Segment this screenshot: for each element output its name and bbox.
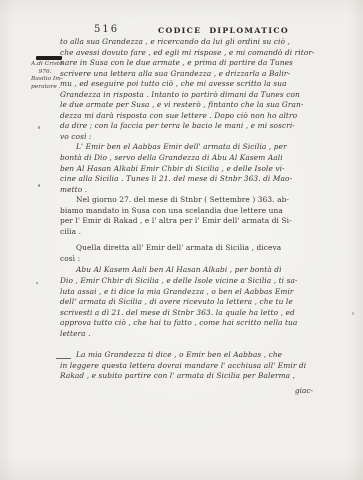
margin-rule bbox=[36, 56, 62, 60]
scan-speck bbox=[352, 312, 354, 315]
paragraph-letter-signature: L' Emir ben el Aabbas Emir dell' armata … bbox=[60, 142, 346, 195]
catchword: giac- bbox=[60, 386, 346, 395]
paragraph-narrative: Quella diretta all' Emir dell' armata di… bbox=[60, 243, 346, 264]
paragraph-narrative: Nel giorno 27. del mese di Stnbr ( Sette… bbox=[60, 195, 346, 237]
page-number: 516 bbox=[94, 24, 119, 35]
paragraph-letter-continuation: to alla sua Grandezza , e ricercando da … bbox=[60, 37, 346, 142]
paragraph-quoted-letter: Abu Al Kasem Aali ben Al Hasan Alkabi , … bbox=[60, 265, 346, 339]
scan-speck bbox=[38, 126, 40, 129]
scan-speck bbox=[38, 184, 40, 187]
paragraph-quoted-letter: La mia Grandezza ti dice , o Emir ben el… bbox=[60, 350, 346, 382]
text-block: to alla sua Grandezza , e ricercando da … bbox=[60, 37, 346, 395]
scan-speck bbox=[36, 282, 38, 284]
ink-mark bbox=[56, 358, 71, 359]
running-title: CODICE DIPLOMATICO bbox=[158, 26, 289, 35]
